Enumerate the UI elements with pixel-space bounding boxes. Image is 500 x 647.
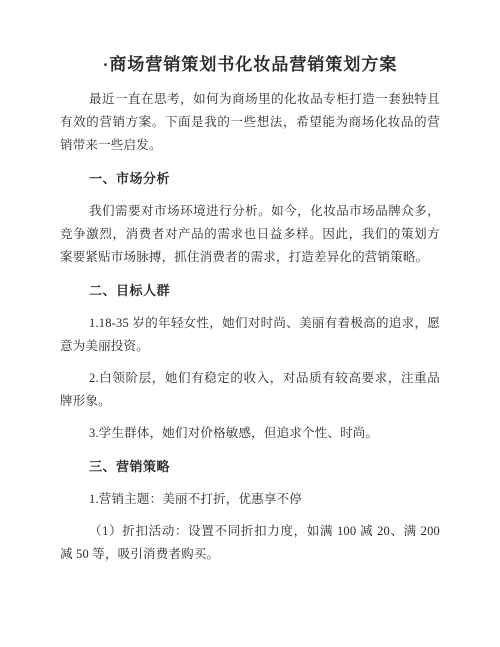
section-heading-market-analysis: 一、市场分析: [60, 167, 440, 190]
marketing-theme-paragraph: 1.营销主题：美丽不打折，优惠享不停: [60, 488, 440, 511]
section-heading-marketing-strategy: 三、营销策略: [60, 455, 440, 478]
market-analysis-paragraph: 我们需要对市场环境进行分析。如今，化妆品市场品牌众多，竞争激烈，消费者对产品的需…: [60, 200, 440, 269]
intro-paragraph: 最近一直在思考，如何为商场里的化妆品专柜打造一套独特且有效的营销方案。下面是我的…: [60, 88, 440, 157]
document-page: ·商场营销策划书化妆品营销策划方案 最近一直在思考，如何为商场里的化妆品专柜打造…: [0, 0, 500, 647]
discount-activity-paragraph: （1）折扣活动：设置不同折扣力度，如满 100 减 20、满 200 减 50 …: [60, 520, 440, 566]
target-audience-item-2: 2.白领阶层，她们有稳定的收入，对品质有较高要求，注重品牌形象。: [60, 367, 440, 413]
target-audience-item-1: 1.18-35 岁的年轻女性，她们对时尚、美丽有着极高的追求，愿意为美丽投资。: [60, 312, 440, 358]
target-audience-item-3: 3.学生群体，她们对价格敏感，但追求个性、时尚。: [60, 422, 440, 445]
section-heading-target-audience: 二、目标人群: [60, 279, 440, 302]
document-title: ·商场营销策划书化妆品营销策划方案: [60, 51, 440, 78]
